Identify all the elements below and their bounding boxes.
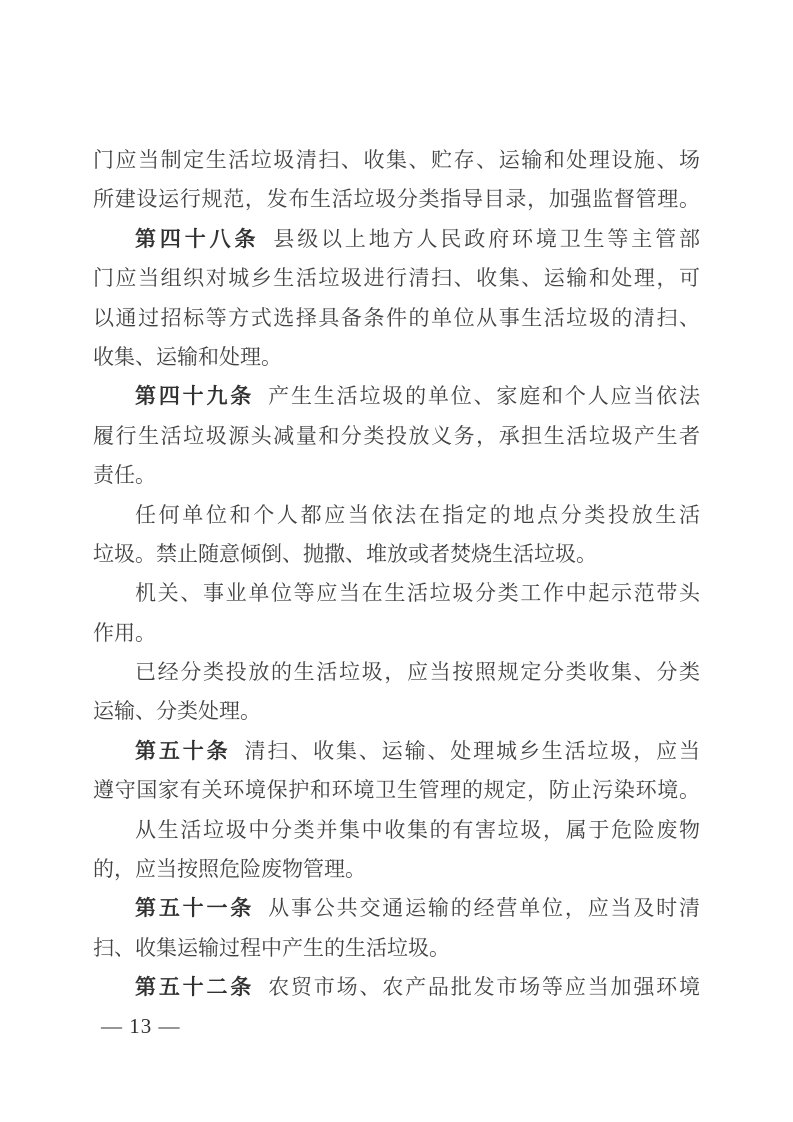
text-segment: 扫、收集运输过程中产生的生活垃圾。 <box>93 937 450 960</box>
text-line: 任何单位和个人都应当依法在指定的地点分类投放生活 <box>93 496 700 535</box>
text-line: 第五十条清扫、收集、运输、处理城乡生活垃圾，应当 <box>93 732 700 771</box>
text-segment: 农贸市场、农产品批发市场等应当加强环境 <box>268 976 700 999</box>
text-line: 从生活垃圾中分类并集中收集的有害垃圾，属于危险废物 <box>93 811 700 850</box>
document-page: 门应当制定生活垃圾清扫、收集、贮存、运输和处理设施、场所建设运行规范，发布生活垃… <box>0 0 793 1122</box>
text-segment: 作用。 <box>93 622 156 645</box>
text-segment: 机关、事业单位等应当在生活垃圾分类工作中起示范带头 <box>135 582 700 605</box>
text-line: 责任。 <box>93 456 700 495</box>
text-segment: 任何单位和个人都应当依法在指定的地点分类投放生活 <box>135 504 700 527</box>
text-line: 第五十二条农贸市场、农产品批发市场等应当加强环境 <box>93 968 700 1007</box>
text-segment: 履行生活垃圾源头减量和分类投放义务，承担生活垃圾产生者 <box>93 425 700 448</box>
text-line: 以通过招标等方式选择具备条件的单位从事生活垃圾的清扫、 <box>93 299 700 338</box>
text-line: 遵守国家有关环境保护和环境卫生管理的规定，防止污染环境。 <box>93 771 700 810</box>
text-line: 第五十一条从事公共交通运输的经营单位，应当及时清 <box>93 889 700 928</box>
text-line: 门应当组织对城乡生活垃圾进行清扫、收集、运输和处理，可 <box>93 259 700 298</box>
text-line: 机关、事业单位等应当在生活垃圾分类工作中起示范带头 <box>93 574 700 613</box>
text-line: 的，应当按照危险废物管理。 <box>93 850 700 889</box>
text-line: 垃圾。禁止随意倾倒、抛撒、堆放或者焚烧生活垃圾。 <box>93 535 700 574</box>
text-segment: 从生活垃圾中分类并集中收集的有害垃圾，属于危险废物 <box>135 819 700 842</box>
text-line: 门应当制定生活垃圾清扫、收集、贮存、运输和处理设施、场 <box>93 141 700 180</box>
text-line: 已经分类投放的生活垃圾，应当按照规定分类收集、分类 <box>93 653 700 692</box>
article-number: 第五十一条 <box>135 897 254 920</box>
document-body: 门应当制定生活垃圾清扫、收集、贮存、运输和处理设施、场所建设运行规范，发布生活垃… <box>93 141 700 1008</box>
text-segment: 责任。 <box>93 464 156 487</box>
text-segment: 收集、运输和处理。 <box>93 346 282 369</box>
article-number: 第四十九条 <box>135 385 254 408</box>
page-number: — 13 — <box>101 1014 181 1038</box>
text-segment: 县级以上地方人民政府环境卫生等主管部 <box>273 228 700 251</box>
text-line: 运输、分类处理。 <box>93 692 700 731</box>
text-segment: 门应当组织对城乡生活垃圾进行清扫、收集、运输和处理，可 <box>93 267 700 290</box>
article-number: 第四十八条 <box>135 228 259 251</box>
text-segment: 从事公共交通运输的经营单位，应当及时清 <box>268 897 700 920</box>
text-line: 扫、收集运输过程中产生的生活垃圾。 <box>93 929 700 968</box>
text-segment: 门应当制定生活垃圾清扫、收集、贮存、运输和处理设施、场 <box>93 149 700 172</box>
text-line: 第四十九条产生生活垃圾的单位、家庭和个人应当依法 <box>93 377 700 416</box>
text-line: 收集、运输和处理。 <box>93 338 700 377</box>
text-segment: 的，应当按照危险废物管理。 <box>93 858 366 881</box>
page-footer: — 13 — <box>101 1013 181 1039</box>
article-number: 第五十条 <box>135 740 230 763</box>
text-segment: 清扫、收集、运输、处理城乡生活垃圾，应当 <box>244 740 700 763</box>
text-line: 所建设运行规范，发布生活垃圾分类指导目录，加强监督管理。 <box>93 180 700 219</box>
text-line: 履行生活垃圾源头减量和分类投放义务，承担生活垃圾产生者 <box>93 417 700 456</box>
text-line: 第四十八条县级以上地方人民政府环境卫生等主管部 <box>93 220 700 259</box>
text-segment: 遵守国家有关环境保护和环境卫生管理的规定，防止污染环境。 <box>93 779 700 802</box>
text-segment: 产生生活垃圾的单位、家庭和个人应当依法 <box>268 385 700 408</box>
article-number: 第五十二条 <box>135 976 254 999</box>
text-line: 作用。 <box>93 614 700 653</box>
text-segment: 垃圾。禁止随意倾倒、抛撒、堆放或者焚烧生活垃圾。 <box>93 543 597 566</box>
text-segment: 以通过招标等方式选择具备条件的单位从事生活垃圾的清扫、 <box>93 307 700 330</box>
text-segment: 所建设运行规范，发布生活垃圾分类指导目录，加强监督管理。 <box>93 188 700 211</box>
text-segment: 已经分类投放的生活垃圾，应当按照规定分类收集、分类 <box>135 661 700 684</box>
text-segment: 运输、分类处理。 <box>93 700 261 723</box>
